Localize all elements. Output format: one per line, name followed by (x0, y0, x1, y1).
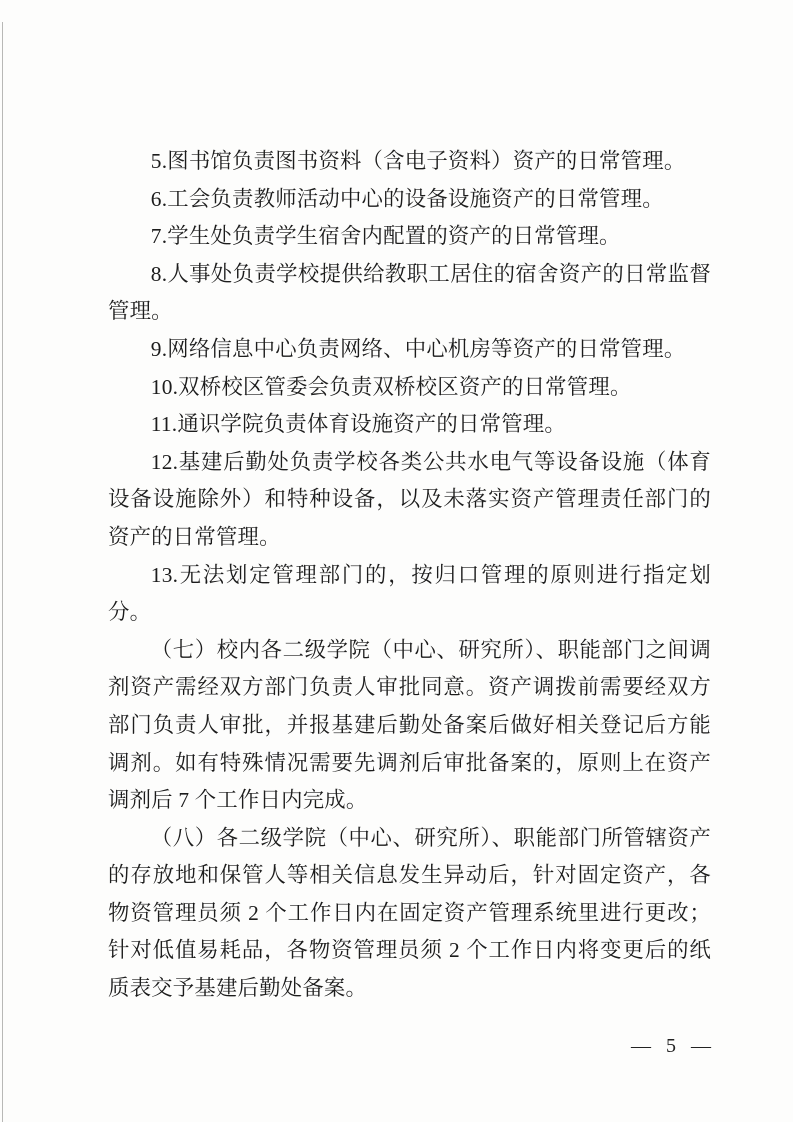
paragraph-item-6: 6.工会负责教师活动中心的设备设施资产的日常管理。 (108, 181, 711, 219)
paragraph-item-10: 10.双桥校区管委会负责双桥校区资产的日常管理。 (108, 369, 711, 407)
paragraph-item-9: 9.网络信息中心负责网络、中心机房等资产的日常管理。 (108, 331, 711, 369)
paragraph-section-8: （八）各二级学院（中心、研究所）、职能部门所管辖资产的存放地和保管人等相关信息发… (108, 820, 711, 1008)
paragraph-item-11: 11.通识学院负责体育设施资产的日常管理。 (108, 406, 711, 444)
paragraph-item-12: 12.基建后勤处负责学校各类公共水电气等设备设施（体育设备设施除外）和特种设备，… (108, 444, 711, 557)
scan-edge-artifact (2, 22, 3, 1122)
document-body: 5.图书馆负责图书资料（含电子资料）资产的日常管理。 6.工会负责教师活动中心的… (108, 143, 711, 1008)
document-page: 5.图书馆负责图书资料（含电子资料）资产的日常管理。 6.工会负责教师活动中心的… (0, 0, 793, 1122)
paragraph-item-8: 8.人事处负责学校提供给教职工居住的宿舍资产的日常监督管理。 (108, 256, 711, 331)
paragraph-item-13: 13.无法划定管理部门的，按归口管理的原则进行指定划分。 (108, 557, 711, 632)
paragraph-item-5: 5.图书馆负责图书资料（含电子资料）资产的日常管理。 (108, 143, 711, 181)
page-number: — 5 — (0, 1031, 711, 1061)
paragraph-section-7: （七）校内各二级学院（中心、研究所）、职能部门之间调剂资产需经双方部门负责人审批… (108, 632, 711, 820)
paragraph-item-7: 7.学生处负责学生宿舍内配置的资产的日常管理。 (108, 218, 711, 256)
